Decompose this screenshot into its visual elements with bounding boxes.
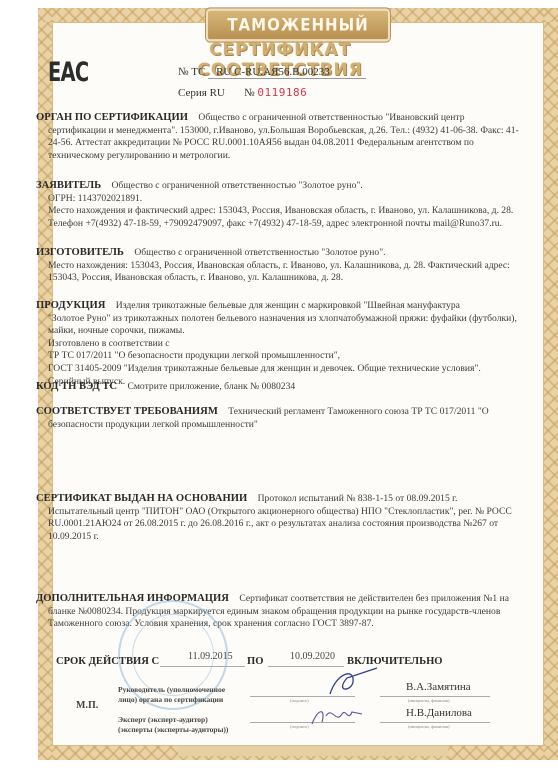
section-text: Общество с ограниченной ответственностью… xyxy=(134,247,385,258)
reg-value: RU C-RU.АЯ56.В.00233 xyxy=(208,66,366,79)
seal-label: М.П. xyxy=(76,700,98,711)
section-manufacturer: ИЗГОТОВИТЕЛЬ Общество с ограниченной отв… xyxy=(36,247,530,285)
section-label: ИЗГОТОВИТЕЛЬ xyxy=(36,247,124,258)
section-text: Протокол испытаний № 838-1-15 от 08.09.2… xyxy=(258,493,458,504)
signature-head-icon xyxy=(325,666,380,698)
validity-to-label: ПО xyxy=(247,656,263,667)
product-line: "Золотое Руно" из трикотажных полотен бе… xyxy=(36,313,530,338)
reg-label: № ТС xyxy=(178,66,205,78)
section-label: ДОПОЛНИТЕЛЬНАЯ ИНФОРМАЦИЯ xyxy=(36,593,229,604)
section-text-continued: сертификации и менеджмента". 153000, г.И… xyxy=(36,125,530,163)
ogrn-line: ОГРН: 1143702021891. xyxy=(36,193,530,206)
section-cert-body: ОРГАН ПО СЕРТИФИКАЦИИ Общество с огранич… xyxy=(36,112,530,162)
section-product: ПРОДУКЦИЯ Изделия трикотажные бельевые д… xyxy=(36,300,530,388)
section-text-continued: безопасности продукции легкой промышленн… xyxy=(36,419,530,432)
eac-logo-icon: EAC xyxy=(48,57,88,88)
section-label: ОРГАН ПО СЕРТИФИКАЦИИ xyxy=(36,112,188,123)
section-text-continued: бланке №0080234. Продукция маркируется е… xyxy=(36,606,530,631)
signature-caption: (подпись) xyxy=(290,724,309,729)
validity-to-date: 10.09.2020 xyxy=(290,651,335,662)
section-label: ЗАЯВИТЕЛЬ xyxy=(36,180,101,191)
validity-from-date: 11.09.2015 xyxy=(188,651,233,662)
customs-union-banner: ТАМОЖЕННЫЙ СОЮЗ xyxy=(206,9,390,42)
printer-imprint xyxy=(178,746,448,756)
series-label: Серия xyxy=(178,87,207,99)
head-of-body-label: Руководитель (уполномоченное лицо) орган… xyxy=(118,685,230,705)
name-line xyxy=(380,722,490,723)
head-name: В.А.Замятина xyxy=(406,681,471,693)
product-line: ГОСТ 31405-2009 "Изделия трикотажные бел… xyxy=(36,363,530,376)
section-applicant: ЗАЯВИТЕЛЬ Общество с ограниченной ответс… xyxy=(36,180,530,230)
section-text: Технический регламент Таможенного союза … xyxy=(228,406,488,417)
section-text-continued: Испытательный центр "ПИТОН" ОАО (Открыто… xyxy=(36,506,530,544)
blank-number: 0119186 xyxy=(257,86,307,99)
section-text-continued: Место нахождения: 153043, Россия, Иванов… xyxy=(36,260,530,285)
contact-line: Телефон +7(4932) 47-18-59, +79092479097,… xyxy=(36,218,530,231)
section-label: СООТВЕТСТВУЕТ ТРЕБОВАНИЯМ xyxy=(36,406,218,417)
expert-name: Н.В.Данилова xyxy=(406,707,472,719)
section-additional: ДОПОЛНИТЕЛЬНАЯ ИНФОРМАЦИЯ Сертификат соо… xyxy=(36,593,530,631)
name-caption: (инициалы, фамилия) xyxy=(408,724,450,729)
section-text: Общество с ограниченной ответственностью… xyxy=(112,180,363,191)
signature-caption: (подпись) xyxy=(290,698,309,703)
section-tn-ved: КОД ТН ВЭД ТС Смотрите приложение, бланк… xyxy=(36,381,530,394)
address-line: Место нахождения и фактический адрес: 15… xyxy=(36,205,530,218)
section-basis: СЕРТИФИКАТ ВЫДАН НА ОСНОВАНИИ Протокол и… xyxy=(36,493,530,543)
registration-number: № ТС RU C-RU.АЯ56.В.00233 xyxy=(178,66,366,79)
series-value: RU xyxy=(210,87,225,99)
name-line xyxy=(380,696,490,697)
section-text: Сертификат соответствия не действителен … xyxy=(239,593,509,604)
section-label: СЕРТИФИКАТ ВЫДАН НА ОСНОВАНИИ xyxy=(36,493,247,504)
section-text: Изделия трикотажные бельевые для женщин … xyxy=(116,300,460,311)
blank-number-label: № xyxy=(244,87,255,99)
section-conforms: СООТВЕТСТВУЕТ ТРЕБОВАНИЯМ Технический ре… xyxy=(36,406,530,431)
product-line: Изготовлено в соответствии с xyxy=(36,338,530,351)
validity-from-label: СРОК ДЕЙСТВИЯ С xyxy=(56,656,159,667)
section-text: Смотрите приложение, бланк № 0080234 xyxy=(127,381,295,392)
date-underline xyxy=(160,666,245,667)
name-caption: (инициалы, фамилия) xyxy=(408,698,450,703)
product-line: ТР ТС 017/2011 "О безопасности продукции… xyxy=(36,350,530,363)
section-label: ПРОДУКЦИЯ xyxy=(36,300,105,311)
section-text: Общество с ограниченной ответственностью… xyxy=(198,112,464,123)
series-number: Серия RU № 0119186 xyxy=(178,86,307,99)
signature-expert-icon xyxy=(308,704,368,730)
expert-label: Эксперт (эксперт-аудитор) (эксперты (экс… xyxy=(118,715,230,735)
section-label: КОД ТН ВЭД ТС xyxy=(36,381,117,392)
